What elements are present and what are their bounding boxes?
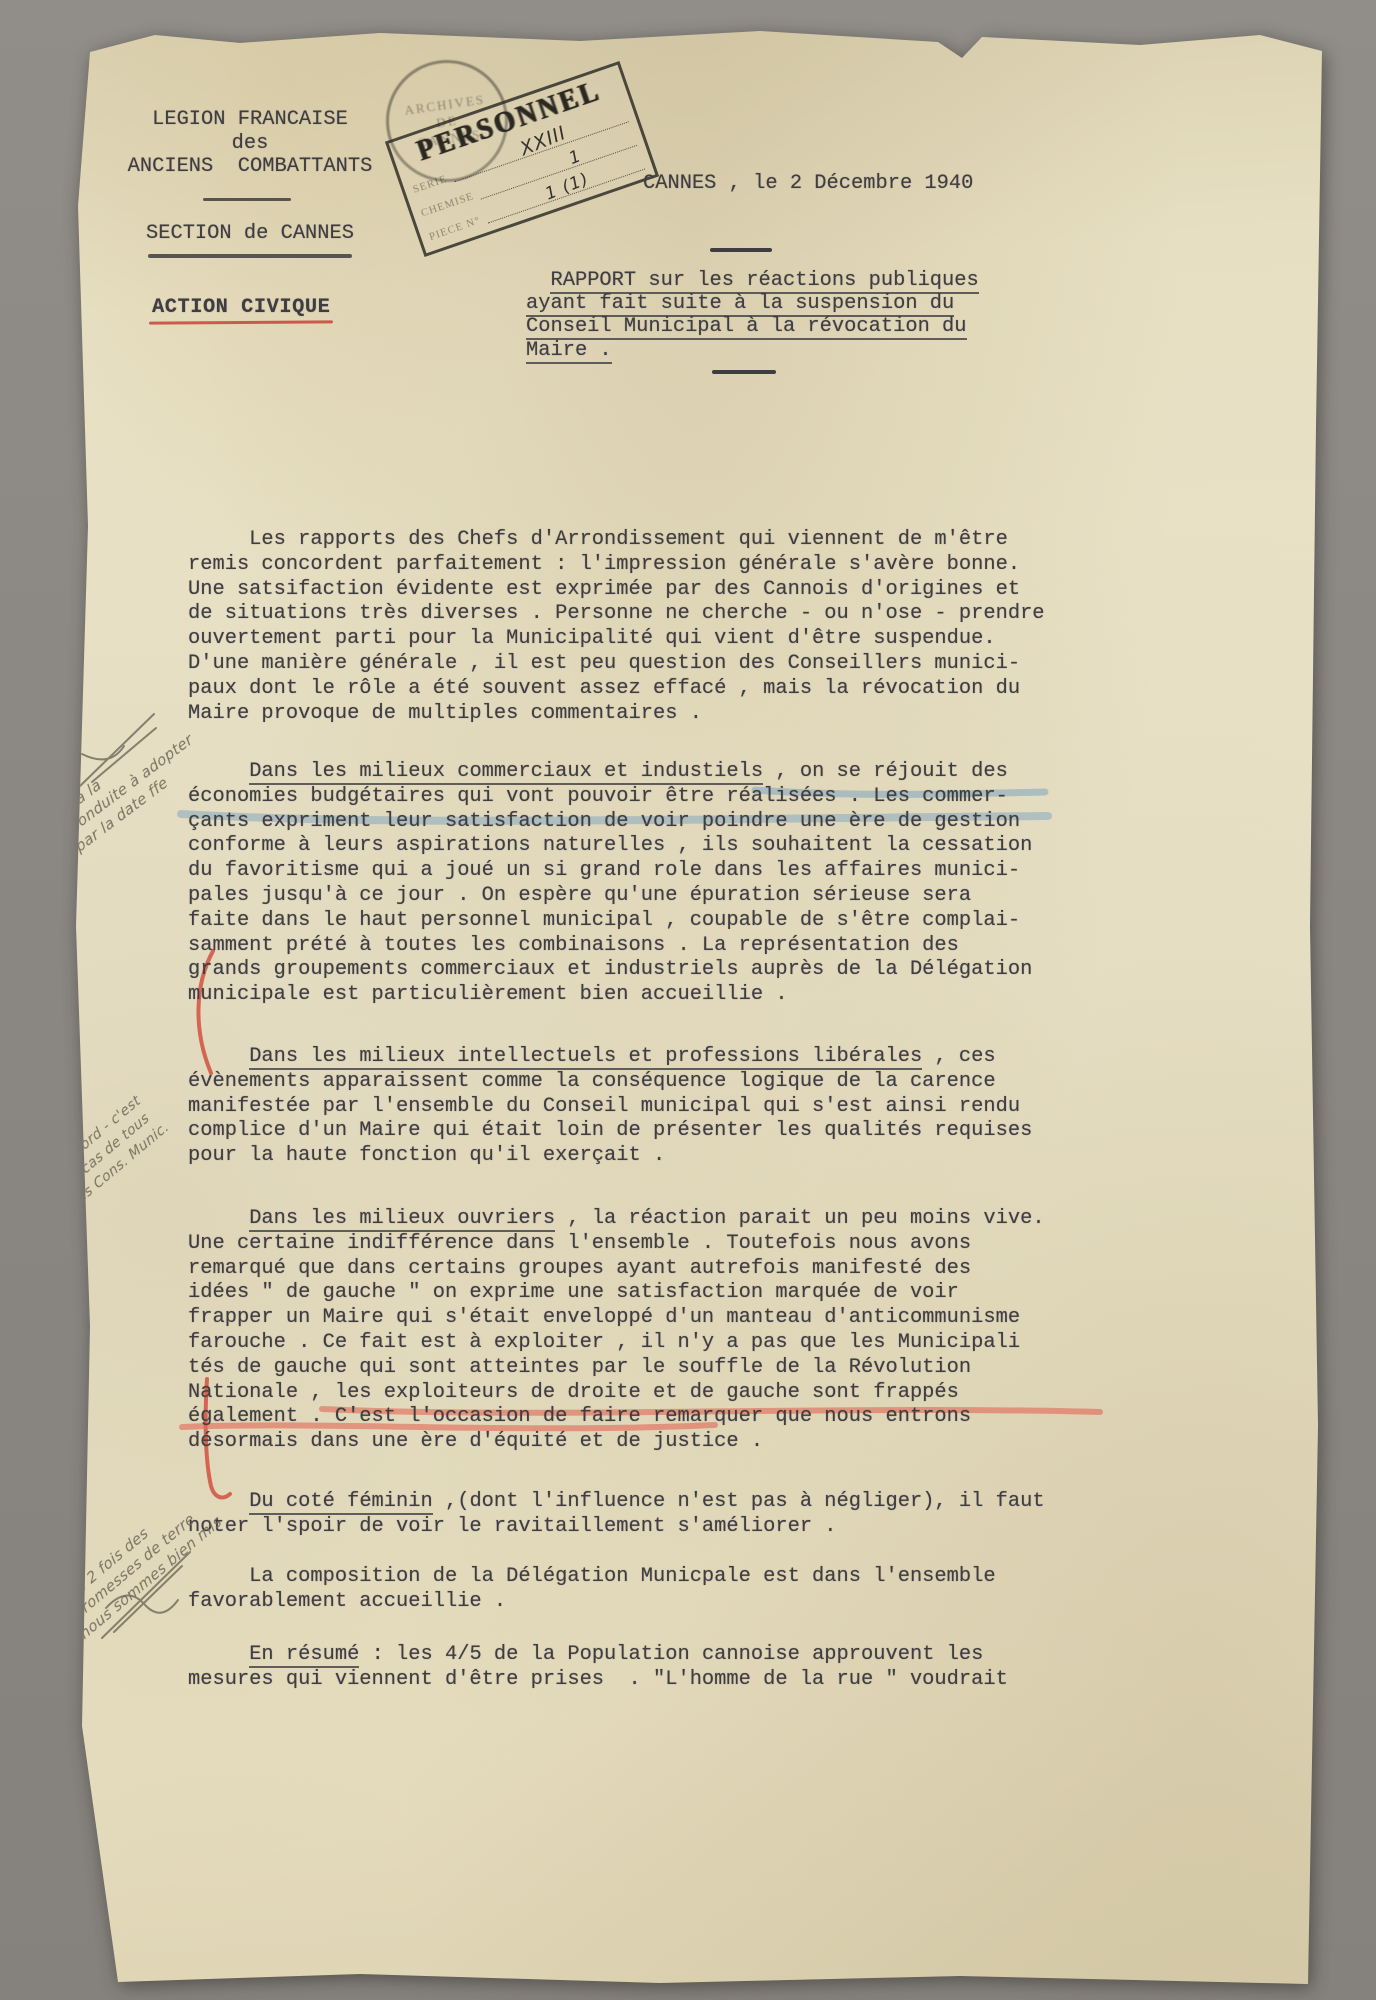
dash-under-date bbox=[710, 248, 772, 252]
text-line: RAPPORT sur les réactions publiques bbox=[526, 269, 979, 292]
dash-under-title bbox=[712, 370, 776, 374]
text-line: économies budgétaires qui vont pouvoir ê… bbox=[188, 785, 1068, 810]
section-divider bbox=[148, 254, 352, 258]
text-line: farouche . Ce fait est à exploiter , il … bbox=[188, 1331, 1068, 1356]
text-line: Une certaine indifférence dans l'ensembl… bbox=[188, 1232, 1068, 1257]
paper-shadow-wrap: LEGION FRANCAISE des ANCIENS COMBATTANTS… bbox=[0, 0, 1376, 2000]
stamp-row-label: PIECE N° bbox=[428, 212, 488, 243]
text-line: manifestée par l'ensemble du Conseil mun… bbox=[188, 1095, 1068, 1120]
dateline: CANNES , le 2 Décembre 1940 bbox=[643, 172, 973, 197]
text-line: favorablement accueillie . bbox=[188, 1590, 1068, 1615]
text-line: Conseil Municipal à la révocation du bbox=[526, 315, 979, 338]
text-line: Nationale , les exploiteurs de droite et… bbox=[188, 1381, 1068, 1406]
text-line: Les rapports des Chefs d'Arrondissement … bbox=[188, 528, 1068, 553]
text-line: tés de gauche qui sont atteintes par le … bbox=[188, 1356, 1068, 1381]
text-line: du favoritisme qui a joué un si grand ro… bbox=[188, 859, 1068, 884]
paragraph-cote-feminin: Du coté féminin ,(dont l'influence n'est… bbox=[188, 1490, 1068, 1540]
text-line: municipale est particulièrement bien acc… bbox=[188, 983, 1068, 1008]
text-line: pour la haute fonction qu'il exerçait . bbox=[188, 1144, 1068, 1169]
document-page: LEGION FRANCAISE des ANCIENS COMBATTANTS… bbox=[60, 26, 1324, 1988]
paragraph-resume: En résumé : les 4/5 de la Population can… bbox=[188, 1643, 1068, 1693]
text-line: idées " de gauche " on exprime une satis… bbox=[188, 1281, 1068, 1306]
text-line: La composition de la Délégation Municpal… bbox=[188, 1565, 1068, 1590]
text-line: noter l'spoir de voir le ravitaillement … bbox=[188, 1515, 1068, 1540]
org-name-line2: des bbox=[100, 132, 400, 156]
text-line: Dans les milieux intellectuels et profes… bbox=[188, 1045, 1068, 1070]
text-line: ayant fait suite à la suspension du bbox=[526, 292, 979, 315]
archival-photo: { "letterhead": { "org_line1": "LEGION F… bbox=[0, 0, 1376, 2000]
section-name: SECTION de CANNES bbox=[100, 222, 400, 247]
report-title: RAPPORT sur les réactions publiquesayant… bbox=[526, 269, 979, 362]
text-line: Dans les milieux ouvriers , la réaction … bbox=[188, 1207, 1068, 1232]
text-line: Maire provoque de multiples commentaires… bbox=[188, 702, 1068, 727]
paragraph-milieux-intellectuels: Dans les milieux intellectuels et profes… bbox=[188, 1045, 1068, 1169]
text-line: frapper un Maire qui s'était enveloppé d… bbox=[188, 1306, 1068, 1331]
text-line: complice d'un Maire qui était loin de pr… bbox=[188, 1119, 1068, 1144]
letterhead: LEGION FRANCAISE des ANCIENS COMBATTANTS bbox=[100, 108, 400, 179]
text-line: évènements apparaissent comme la conséqu… bbox=[188, 1070, 1068, 1095]
text-line: de situations très diverses . Personne n… bbox=[188, 602, 1068, 627]
text-line: Maire . bbox=[526, 339, 979, 362]
text-line: samment prété à toutes les combinaisons … bbox=[188, 934, 1068, 959]
letterhead-divider bbox=[203, 198, 291, 201]
text-line: çants expriment leur satisfaction de voi… bbox=[188, 810, 1068, 835]
text-line: conforme à leurs aspirations naturelles … bbox=[188, 834, 1068, 859]
action-civique-heading: ACTION CIVIQUE bbox=[152, 296, 330, 321]
margin-note-conduite: Voilà laconduite à adopterpar la date ff… bbox=[49, 714, 206, 859]
text-line: pales jusqu'à ce jour . On espère qu'une… bbox=[188, 884, 1068, 909]
paragraph-milieux-ouvriers: Dans les milieux ouvriers , la réaction … bbox=[188, 1207, 1068, 1455]
text-line: Une satsifaction évidente est exprimée p… bbox=[188, 578, 1068, 603]
margin-note-promesses: Déjà 2 fois despromesses de terrenous so… bbox=[52, 1480, 225, 1646]
text-line: mesures qui viennent d'être prises . "L'… bbox=[188, 1668, 1068, 1693]
text-line: également . C'est l'occasion de faire re… bbox=[188, 1405, 1068, 1430]
org-name-line3: ANCIENS COMBATTANTS bbox=[100, 155, 400, 179]
text-line: Dans les milieux commerciaux et industie… bbox=[188, 760, 1068, 785]
text-line: désormais dans une ère d'équité et de ju… bbox=[188, 1430, 1068, 1455]
text-line: Du coté féminin ,(dont l'influence n'est… bbox=[188, 1490, 1068, 1515]
margin-note-daccord: D'accord - c'estle cas de tousles Cons. … bbox=[46, 1086, 173, 1213]
paragraph-milieux-commerciaux: Dans les milieux commerciaux et industie… bbox=[188, 760, 1068, 1008]
text-line: remarqué que dans certains groupes ayant… bbox=[188, 1257, 1068, 1282]
text-line: En résumé : les 4/5 de la Population can… bbox=[188, 1643, 1068, 1668]
text-line: D'une manière générale , il est peu ques… bbox=[188, 652, 1068, 677]
paragraph-delegation: La composition de la Délégation Municpal… bbox=[188, 1565, 1068, 1615]
red-underline-action-civique bbox=[149, 320, 333, 324]
text-line: ouvertement parti pour la Municipalité q… bbox=[188, 627, 1068, 652]
paragraph-introduction: Les rapports des Chefs d'Arrondissement … bbox=[188, 528, 1068, 726]
text-line: faite dans le haut personnel municipal ,… bbox=[188, 909, 1068, 934]
stamp-handwritten-value: 1 (1) bbox=[543, 169, 593, 205]
text-line: grands groupements commerciaux et indust… bbox=[188, 958, 1068, 983]
text-line: paux dont le rôle a été souvent assez ef… bbox=[188, 677, 1068, 702]
org-name-line1: LEGION FRANCAISE bbox=[100, 108, 400, 132]
text-line: remis concordent parfaitement : l'impres… bbox=[188, 553, 1068, 578]
